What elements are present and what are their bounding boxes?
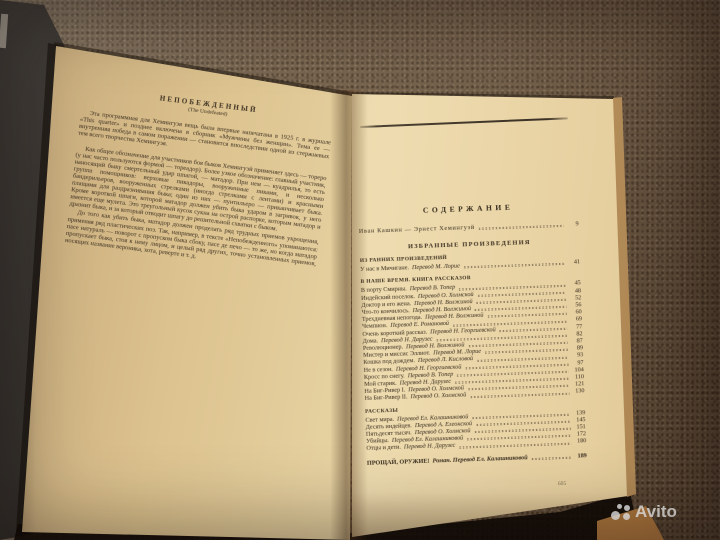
avito-watermark: Avito xyxy=(610,500,718,532)
book-photo: НЕПОБЕЖДЕННЫЙ (The Undefeated) Эта прогр… xyxy=(0,0,720,540)
avito-watermark-text: Avito xyxy=(635,502,677,522)
avito-logo-circle xyxy=(623,513,630,520)
avito-logo-circle xyxy=(617,504,622,509)
book-gutter-shadow xyxy=(330,90,368,540)
avito-logo-circle xyxy=(624,505,630,511)
avito-logo-circle xyxy=(611,511,620,520)
